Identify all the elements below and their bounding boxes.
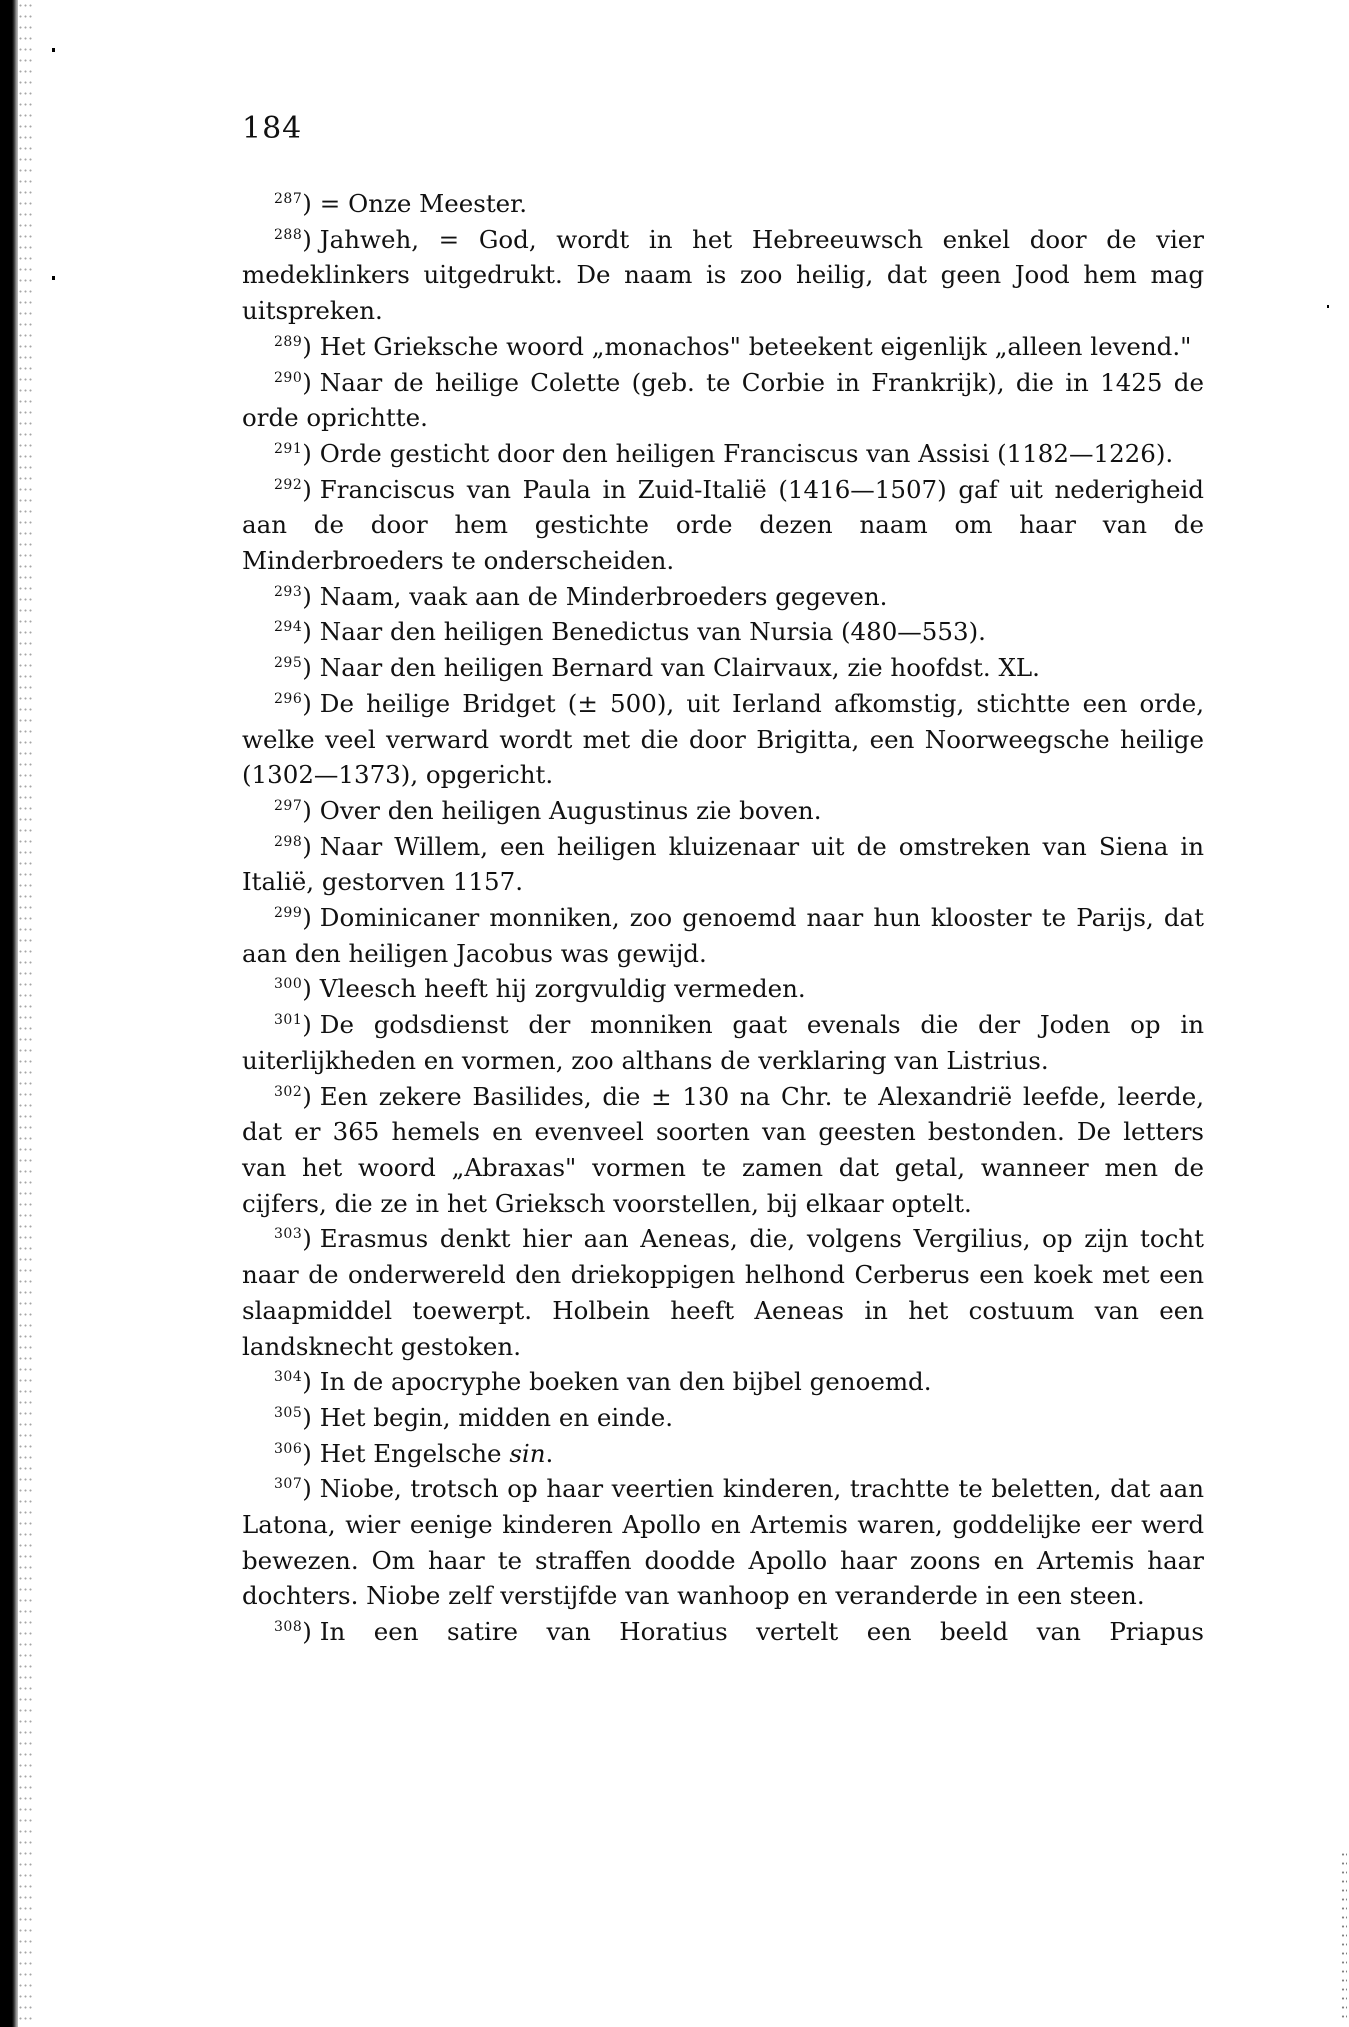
footnote-308: 308)In een satire van Horatius vertelt e… xyxy=(242,1614,1204,1650)
scan-noise-left xyxy=(18,0,32,2027)
footnote-text: De godsdienst der monniken gaat evenals … xyxy=(242,1010,1204,1075)
footnote-text: De heilige Bridget (± 500), uit Ierland … xyxy=(242,689,1204,789)
footnote-number: 306 xyxy=(274,1441,302,1457)
footnote-text: Dominicaner monniken, zoo genoemd naar h… xyxy=(242,903,1204,968)
scan-speck xyxy=(52,48,55,52)
footnote-text: Niobe, trotsch op haar veertien kinderen… xyxy=(242,1474,1204,1610)
page-number: 184 xyxy=(242,112,302,146)
footnote-299: 299)Dominicaner monniken, zoo genoemd na… xyxy=(242,900,1204,971)
scan-speck xyxy=(1327,305,1329,308)
footnote-number: 287 xyxy=(274,191,302,207)
footnote-text: Over den heiligen Augustinus zie boven. xyxy=(320,796,822,825)
footnote-text-end: . xyxy=(546,1439,554,1468)
scan-binding-edge xyxy=(0,0,18,2027)
footnote-number: 302 xyxy=(274,1084,302,1100)
footnote-text: Naar den heiligen Bernard van Clairvaux,… xyxy=(320,653,1040,682)
footnote-number: 295 xyxy=(274,655,302,671)
footnote-294: 294)Naar den heiligen Benedictus van Nur… xyxy=(242,614,1204,650)
footnote-number: 292 xyxy=(274,477,302,493)
footnote-306: 306)Het Engelsche sin. xyxy=(242,1436,1204,1472)
footnote-307: 307)Niobe, trotsch op haar veertien kind… xyxy=(242,1471,1204,1614)
footnote-number: 299 xyxy=(274,905,302,921)
footnote-number: 291 xyxy=(274,441,302,457)
footnote-number: 307 xyxy=(274,1476,302,1492)
footnote-number: 305 xyxy=(274,1405,302,1421)
footnote-text: Orde gesticht door den heiligen Francisc… xyxy=(320,439,1173,468)
footnote-text: Jahweh, = God, wordt in het Hebreeuwsch … xyxy=(242,225,1204,325)
footnote-text: In een satire van Horatius vertelt een b… xyxy=(320,1617,1204,1646)
footnote-288: 288)Jahweh, = God, wordt in het Hebreeuw… xyxy=(242,222,1204,329)
scan-speck xyxy=(52,276,55,280)
footnote-297: 297)Over den heiligen Augustinus zie bov… xyxy=(242,793,1204,829)
footnote-301: 301)De godsdienst der monniken gaat even… xyxy=(242,1007,1204,1078)
footnote-292: 292)Franciscus van Paula in Zuid-Italië … xyxy=(242,472,1204,579)
footnote-293: 293)Naam, vaak aan de Minderbroeders geg… xyxy=(242,579,1204,615)
footnote-number: 296 xyxy=(274,691,302,707)
footnote-289: 289)Het Grieksche woord „monachos" betee… xyxy=(242,329,1204,365)
footnote-number: 293 xyxy=(274,584,302,600)
footnote-number: 298 xyxy=(274,834,302,850)
footnote-304: 304)In de apocryphe boeken van den bijbe… xyxy=(242,1364,1204,1400)
footnotes-list: 287)= Onze Meester. 288)Jahweh, = God, w… xyxy=(242,186,1204,1650)
footnote-290: 290)Naar de heilige Colette (geb. te Cor… xyxy=(242,365,1204,436)
footnote-291: 291)Orde gesticht door den heiligen Fran… xyxy=(242,436,1204,472)
scan-noise-right xyxy=(1341,1850,1347,2020)
footnote-number: 294 xyxy=(274,619,302,635)
footnote-298: 298)Naar Willem, een heiligen kluizenaar… xyxy=(242,829,1204,900)
footnote-text: Erasmus denkt hier aan Aeneas, die, volg… xyxy=(242,1224,1204,1360)
footnote-number: 301 xyxy=(274,1012,302,1028)
footnote-number: 289 xyxy=(274,334,302,350)
footnote-text: Vleesch heeft hij zorgvuldig vermeden. xyxy=(320,974,806,1003)
footnote-number: 288 xyxy=(274,227,302,243)
footnote-number: 303 xyxy=(274,1226,302,1242)
footnote-text: Naam, vaak aan de Minderbroeders gegeven… xyxy=(320,582,888,611)
footnote-287: 287)= Onze Meester. xyxy=(242,186,1204,222)
footnote-302: 302)Een zekere Basilides, die ± 130 na C… xyxy=(242,1079,1204,1222)
footnote-305: 305)Het begin, midden en einde. xyxy=(242,1400,1204,1436)
footnote-300: 300)Vleesch heeft hij zorgvuldig vermede… xyxy=(242,971,1204,1007)
footnote-text: In de apocryphe boeken van den bijbel ge… xyxy=(320,1367,932,1396)
footnote-303: 303)Erasmus denkt hier aan Aeneas, die, … xyxy=(242,1221,1204,1364)
footnote-number: 300 xyxy=(274,976,302,992)
footnote-text: Het Engelsche xyxy=(320,1439,510,1468)
footnote-text: Naar de heilige Colette (geb. te Corbie … xyxy=(242,368,1204,433)
footnote-295: 295)Naar den heiligen Bernard van Clairv… xyxy=(242,650,1204,686)
footnote-text: Franciscus van Paula in Zuid-Italië (141… xyxy=(242,475,1204,575)
footnote-number: 290 xyxy=(274,370,302,386)
footnote-text: Het begin, midden en einde. xyxy=(320,1403,673,1432)
footnote-number: 304 xyxy=(274,1369,302,1385)
footnote-296: 296)De heilige Bridget (± 500), uit Ierl… xyxy=(242,686,1204,793)
footnote-text: Het Grieksche woord „monachos" beteekent… xyxy=(320,332,1192,361)
footnote-text: Een zekere Basilides, die ± 130 na Chr. … xyxy=(242,1082,1204,1218)
footnote-text: = Onze Meester. xyxy=(320,189,527,218)
footnote-number: 297 xyxy=(274,798,302,814)
footnote-number: 308 xyxy=(274,1619,302,1635)
footnote-italic-word: sin xyxy=(509,1439,545,1468)
footnote-text: Naar den heiligen Benedictus van Nursia … xyxy=(320,617,986,646)
footnote-text: Naar Willem, een heiligen kluizenaar uit… xyxy=(242,832,1204,897)
